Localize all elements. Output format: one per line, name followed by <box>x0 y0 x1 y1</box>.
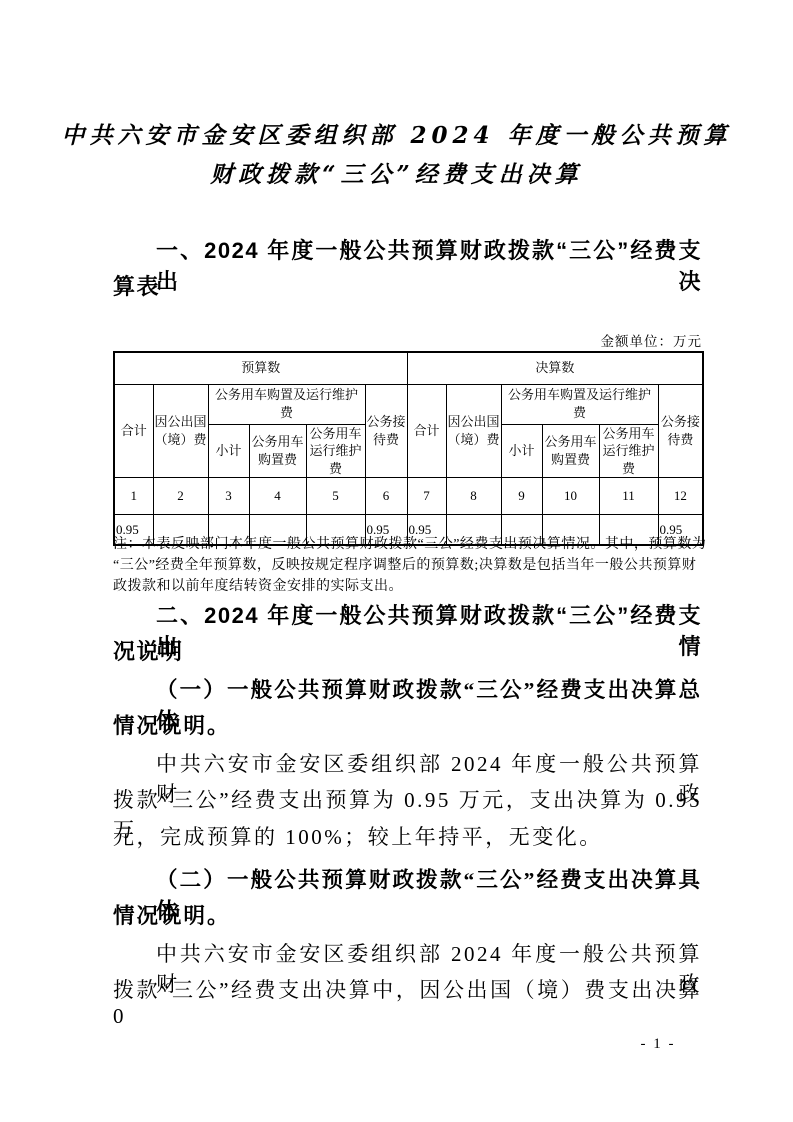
col-number: 10 <box>542 478 599 515</box>
col-number: 12 <box>658 478 703 515</box>
sub2-heading-line2: 情况说明。 <box>113 899 702 930</box>
col-number: 11 <box>599 478 658 515</box>
section1-heading-line2: 算表 <box>113 270 702 301</box>
th-budget-vehicle-purchase: 公务用车购置费 <box>249 424 306 478</box>
th-final-group: 决算数 <box>407 352 703 384</box>
para1-line3: 元，完成预算的 100%；较上年持平，无变化。 <box>113 821 702 851</box>
table-note-line1: 注：本表反映部门本年度一般公共预算财政拨款“三公”经费支出预决算情况。其中，预算… <box>113 534 702 555</box>
th-final-vehicle-maintenance: 公务用车运行维护费 <box>599 424 658 478</box>
th-budget-abroad: 因公出国（境）费 <box>153 384 208 478</box>
col-number: 8 <box>446 478 501 515</box>
sangong-expense-table: 预算数 决算数 合计 因公出国（境）费 公务用车购置及运行维护费 公务接待费 合… <box>113 351 704 546</box>
document-title-line1: 中共六安市金安区委组织部 2024 年度一般公共预算 <box>0 117 793 150</box>
col-number: 2 <box>153 478 208 515</box>
para2-line2: 拨款“三公”经费支出决算中，因公出国（境）费支出决算 0 <box>113 974 702 1029</box>
col-number: 6 <box>365 478 407 515</box>
section2-heading-line2: 况说明 <box>113 635 702 666</box>
sub1-heading-line2: 情况说明。 <box>113 709 702 740</box>
th-final-vehicle-subtotal: 小计 <box>501 424 542 478</box>
col-number: 7 <box>407 478 446 515</box>
amount-unit-label: 金额单位：万元 <box>113 330 702 350</box>
col-number: 1 <box>114 478 153 515</box>
page-number: - 1 - <box>598 1036 718 1053</box>
th-budget-vehicle-group: 公务用车购置及运行维护费 <box>208 384 365 424</box>
table-header-row-1: 合计 因公出国（境）费 公务用车购置及运行维护费 公务接待费 合计 因公出国（境… <box>114 384 703 424</box>
table-note: 注：本表反映部门本年度一般公共预算财政拨款“三公”经费支出预决算情况。其中，预算… <box>113 534 702 597</box>
th-budget-total: 合计 <box>114 384 153 478</box>
document-page: 中共六安市金安区委组织部 2024 年度一般公共预算 财政拨款“三公”经费支出决… <box>0 0 793 1122</box>
col-number: 9 <box>501 478 542 515</box>
table-note-line3: 政拨款和以前年度结转资金安排的实际支出。 <box>113 576 702 597</box>
col-number: 3 <box>208 478 249 515</box>
table-group-header-row: 预算数 决算数 <box>114 352 703 384</box>
th-final-total: 合计 <box>407 384 446 478</box>
th-final-abroad: 因公出国（境）费 <box>446 384 501 478</box>
document-title-line2: 财政拨款“三公”经费支出决算 <box>0 156 793 189</box>
th-final-reception: 公务接待费 <box>658 384 703 478</box>
th-budget-group: 预算数 <box>114 352 407 384</box>
table-note-line2: “三公”经费全年预算数，反映按规定程序调整后的预算数;决算数是包括当年一般公共预… <box>113 555 702 576</box>
col-number: 4 <box>249 478 306 515</box>
th-budget-vehicle-maintenance: 公务用车运行维护费 <box>306 424 365 478</box>
th-final-vehicle-purchase: 公务用车购置费 <box>542 424 599 478</box>
col-number: 5 <box>306 478 365 515</box>
th-final-vehicle-group: 公务用车购置及运行维护费 <box>501 384 658 424</box>
th-budget-reception: 公务接待费 <box>365 384 407 478</box>
table-column-number-row: 1 2 3 4 5 6 7 8 9 10 11 12 <box>114 478 703 515</box>
th-budget-vehicle-subtotal: 小计 <box>208 424 249 478</box>
